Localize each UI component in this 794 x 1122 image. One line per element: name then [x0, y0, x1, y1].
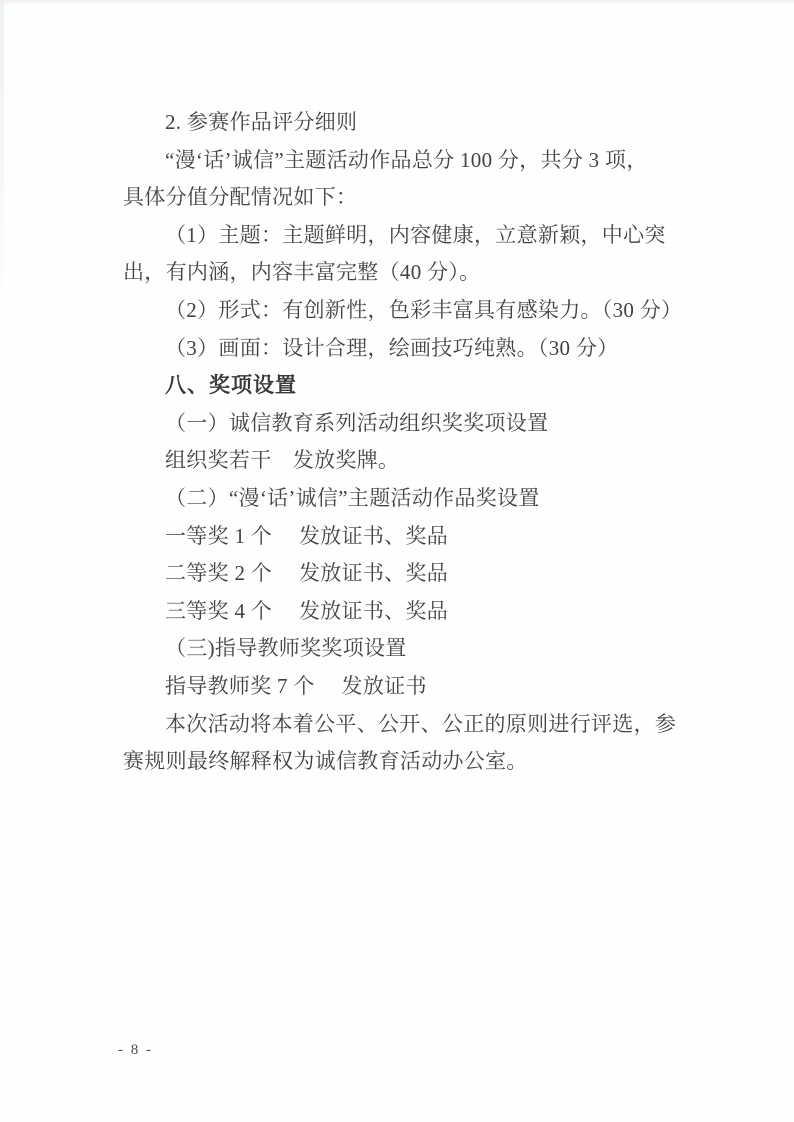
scan-edge-left	[0, 0, 4, 320]
text-line: “漫‘话’诚信”主题活动作品总分 100 分，共分 3 项，	[123, 142, 683, 180]
scan-edge-top	[0, 0, 794, 5]
text-line: （3）画面：设计合理，绘画技巧纯熟。（30 分）	[123, 330, 683, 368]
text-line: 2. 参赛作品评分细则	[123, 104, 683, 142]
text-line: （一）诚信教育系列活动组织奖奖项设置	[123, 405, 683, 443]
text-line: 一等奖 1 个 发放证书、奖品	[123, 518, 683, 556]
document-page: 2. 参赛作品评分细则“漫‘话’诚信”主题活动作品总分 100 分，共分 3 项…	[0, 0, 794, 1122]
text-line: 指导教师奖 7 个 发放证书	[123, 668, 683, 706]
text-line: 本次活动将本着公平、公开、公正的原则进行评选，参	[123, 706, 683, 744]
text-line: （2）形式：有创新性，色彩丰富具有感染力。（30 分）	[123, 292, 683, 330]
section-heading: 八、奖项设置	[123, 367, 683, 405]
text-line: 出，有内涵，内容丰富完整（40 分）。	[123, 254, 683, 292]
text-line: 三等奖 4 个 发放证书、奖品	[123, 593, 683, 631]
document-body: 2. 参赛作品评分细则“漫‘话’诚信”主题活动作品总分 100 分，共分 3 项…	[123, 104, 683, 781]
text-line: （1）主题：主题鲜明，内容健康，立意新颖，中心突	[123, 217, 683, 255]
text-line: 组织奖若干 发放奖牌。	[123, 442, 683, 480]
text-line: （二）“漫‘话’诚信”主题活动作品奖设置	[123, 480, 683, 518]
text-line: 具体分值分配情况如下：	[123, 179, 683, 217]
page-number: - 8 -	[118, 1042, 153, 1059]
text-line: 赛规则最终解释权为诚信教育活动办公室。	[123, 743, 683, 781]
text-line: （三)指导教师奖奖项设置	[123, 630, 683, 668]
text-line: 二等奖 2 个 发放证书、奖品	[123, 555, 683, 593]
